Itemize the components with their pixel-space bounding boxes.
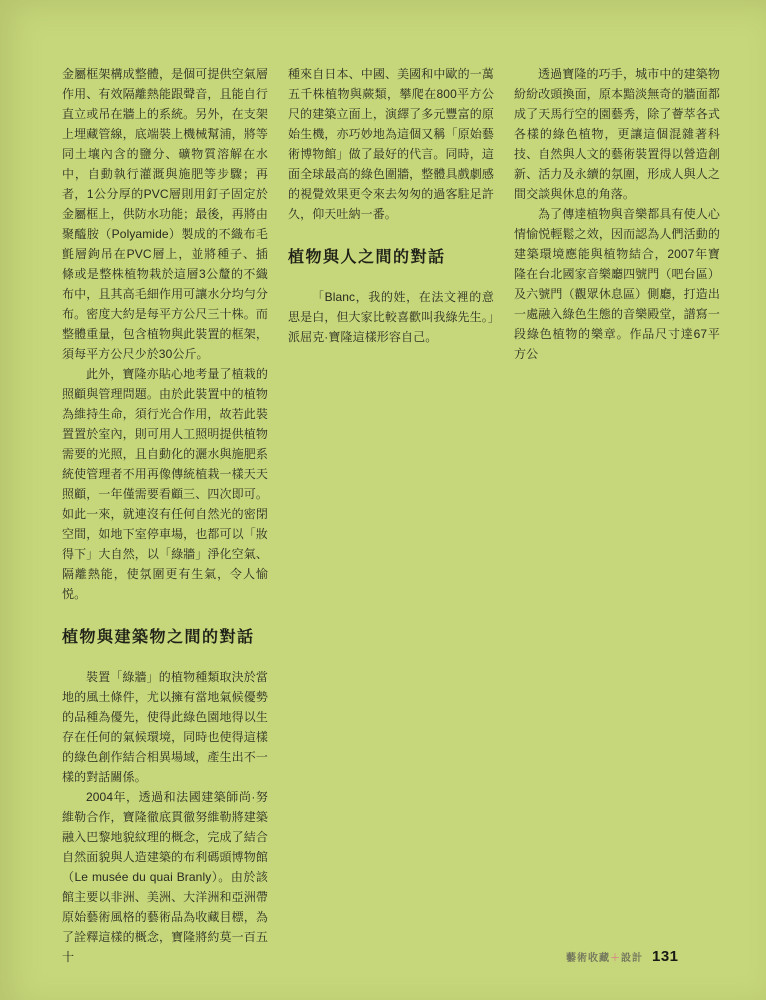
section-heading: 植物與人之間的對話 — [288, 244, 494, 272]
paragraph: 「Blanc，我的姓，在法文裡的意思是白，但大家比較喜歡叫我綠先生。」派屈克·寶… — [288, 287, 494, 347]
paragraph: 種來自日本、中國、美國和中歐的一萬五千株植物與蕨類，攀爬在800平方公尺的建築立… — [288, 64, 494, 224]
paragraph: 金屬框架構成整體，是個可提供空氣層作用、有效隔離熱能跟聲音，且能自行直立或吊在牆… — [62, 64, 268, 364]
magazine-page: 金屬框架構成整體，是個可提供空氣層作用、有效隔離熱能跟聲音，且能自行直立或吊在牆… — [0, 0, 766, 1000]
paragraph: 為了傳達植物與音樂都具有使人心情愉悦輕鬆之效，因而認為人們活動的建築環境應能與植… — [514, 204, 720, 364]
text-column-3: 透過寶隆的巧手，城市中的建築物紛紛改頭換面，原本黯淡無奇的牆面都成了天馬行空的園… — [514, 64, 720, 967]
paragraph: 裝置「綠牆」的植物種類取決於當地的風土條件，尤以擁有當地氣候優勢的品種為優先，使… — [62, 667, 268, 787]
magazine-title: 藝術收藏＋設計 — [566, 949, 643, 964]
article-columns: 金屬框架構成整體，是個可提供空氣層作用、有效隔離熱能跟聲音，且能自行直立或吊在牆… — [62, 64, 720, 967]
paragraph: 透過寶隆的巧手，城市中的建築物紛紛改頭換面，原本黯淡無奇的牆面都成了天馬行空的園… — [514, 64, 720, 204]
text-column-1: 金屬框架構成整體，是個可提供空氣層作用、有效隔離熱能跟聲音，且能自行直立或吊在牆… — [62, 64, 268, 967]
magazine-title-part2: 設計 — [621, 953, 643, 964]
magazine-title-part1: 藝術收藏 — [566, 953, 610, 964]
section-heading: 植物與建築物之間的對話 — [62, 624, 268, 652]
text-column-2: 種來自日本、中國、美國和中歐的一萬五千株植物與蕨類，攀爬在800平方公尺的建築立… — [288, 64, 494, 967]
plus-sign: ＋ — [610, 953, 621, 964]
paragraph: 2004年，透過和法國建築師尚·努維勒合作，寶隆徹底貫徹努維勒將建築融入巴黎地貌… — [62, 787, 268, 967]
paragraph: 此外，寶隆亦貼心地考量了植栽的照顧與管理問題。由於此裝置中的植物為維持生命，須行… — [62, 364, 268, 604]
page-footer: 藝術收藏＋設計 131 — [566, 948, 679, 965]
page-number: 131 — [652, 948, 679, 965]
